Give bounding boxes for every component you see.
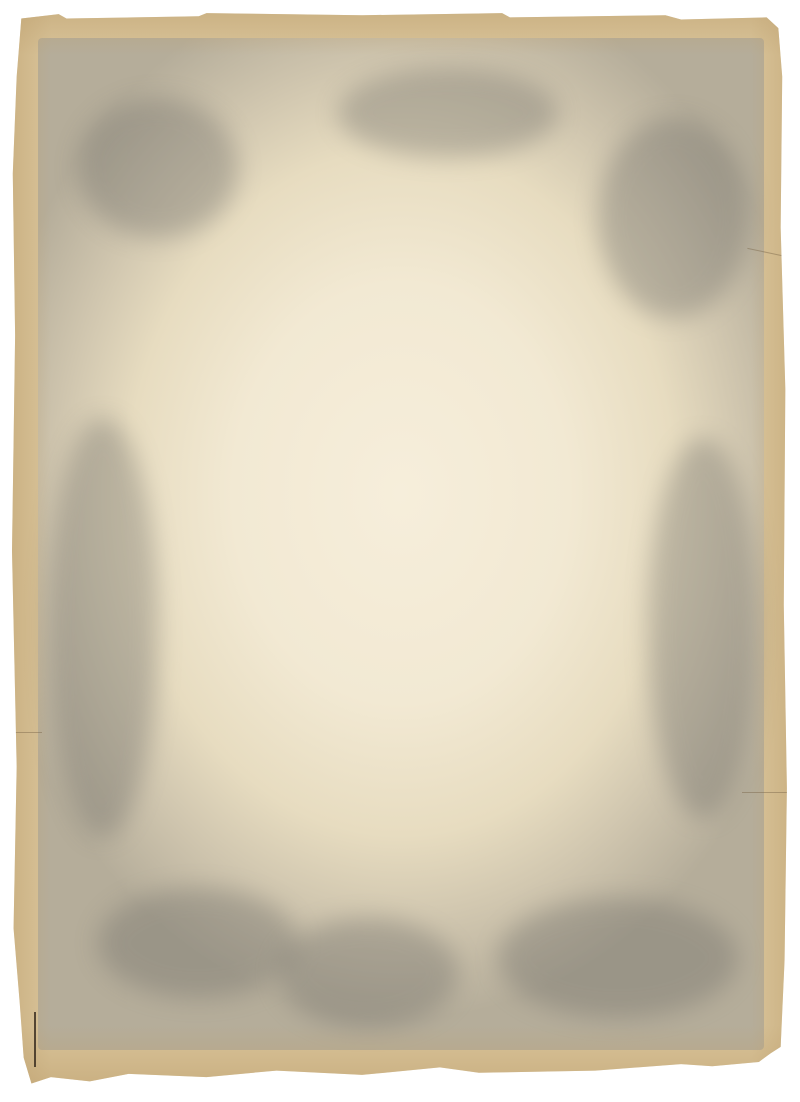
stain-bottom-center — [278, 918, 458, 1028]
canvas — [0, 0, 800, 1102]
stain-bottom-right — [498, 898, 738, 1018]
stain-bottom-left — [98, 888, 298, 998]
stain-top-center — [338, 68, 558, 158]
paper-stained-area — [38, 38, 764, 1050]
ink-mark-bottom-left — [34, 1012, 36, 1067]
stain-left — [48, 418, 158, 838]
stain-top-left — [78, 98, 238, 238]
crease-left — [12, 732, 42, 733]
stain-right — [648, 438, 758, 818]
stain-top-right — [598, 118, 748, 318]
aged-paper-sheet — [12, 12, 790, 1090]
crease-right-lower — [742, 792, 787, 793]
